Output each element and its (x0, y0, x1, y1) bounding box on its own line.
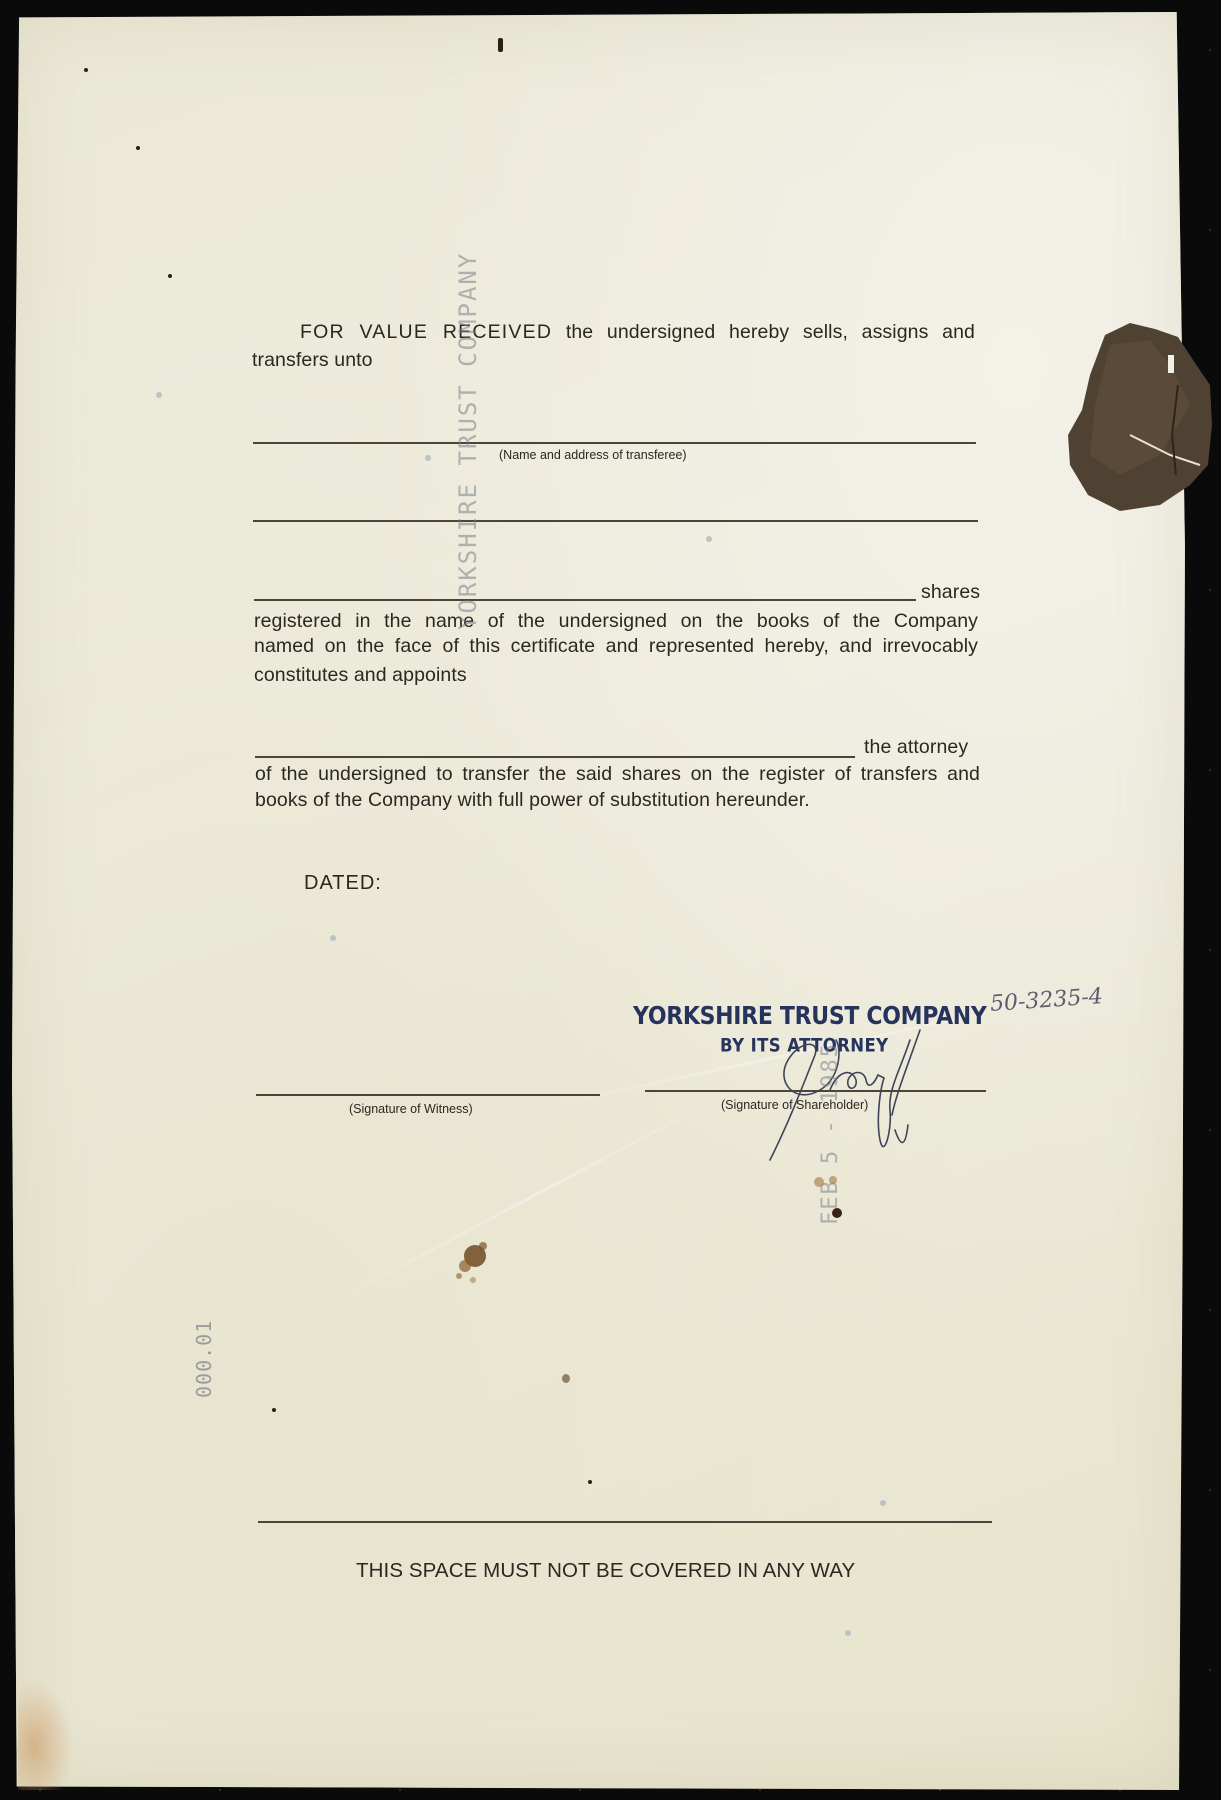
corner-stain (18, 1680, 73, 1790)
registered-clause-line2: named on the face of this certificate an… (254, 637, 978, 657)
stain-spot (562, 1374, 570, 1383)
footer-divider (258, 1521, 992, 1523)
footer-notice: THIS SPACE MUST NOT BE COVERED IN ANY WA… (356, 1561, 855, 1582)
transferee-caption: (Name and address of transferee) (499, 448, 687, 462)
witness-caption: (Signature of Witness) (349, 1102, 473, 1116)
speck (845, 1630, 851, 1636)
speck (168, 274, 172, 278)
for-value-received: FOR VALUE RECEIVED (300, 321, 552, 343)
attorney-name-line[interactable] (255, 756, 855, 758)
dated-label: DATED: (304, 873, 382, 893)
shares-amount-line[interactable] (254, 599, 916, 601)
transfer-clause-line1: FOR VALUE RECEIVED the undersigned hereb… (300, 323, 975, 343)
glue-residue-stain (1060, 315, 1220, 515)
speck (156, 392, 162, 398)
speck (136, 146, 140, 150)
rust-spot (445, 1228, 505, 1298)
faint-company-stamp: YORKSHIRE TRUST COMPANY (454, 252, 482, 630)
shareholder-signature-line[interactable] (645, 1090, 986, 1092)
certificate-paper (12, 12, 1192, 1790)
speck (498, 38, 503, 52)
speck (84, 68, 88, 72)
registered-clause-line1: registered in the name of the undersigne… (254, 612, 978, 632)
registered-clause-line3: constitutes and appoints (254, 666, 467, 686)
attorney-clause-line2: books of the Company with full power of … (255, 791, 810, 811)
speck (425, 455, 431, 461)
witness-signature-line[interactable] (256, 1094, 600, 1096)
shares-label: shares (921, 583, 980, 603)
transferee-line-1[interactable] (253, 442, 976, 444)
transfer-clause-line2: transfers unto (252, 351, 373, 371)
speck (588, 1480, 592, 1484)
speck (272, 1408, 276, 1412)
speck (880, 1500, 886, 1506)
attorney-clause-line1: of the undersigned to transfer the said … (255, 765, 980, 785)
serial-number-stamp: 000.01 (192, 1320, 216, 1398)
transfer-clause-rest: the undersigned hereby sells, assigns an… (566, 321, 975, 343)
shareholder-caption: (Signature of Shareholder) (721, 1098, 868, 1112)
transferee-line-2[interactable] (253, 520, 978, 522)
rust-spot (805, 1170, 855, 1230)
shareholder-signature (760, 1020, 940, 1170)
attorney-label: the attorney (864, 738, 968, 758)
speck (330, 935, 336, 941)
speck (706, 536, 712, 542)
